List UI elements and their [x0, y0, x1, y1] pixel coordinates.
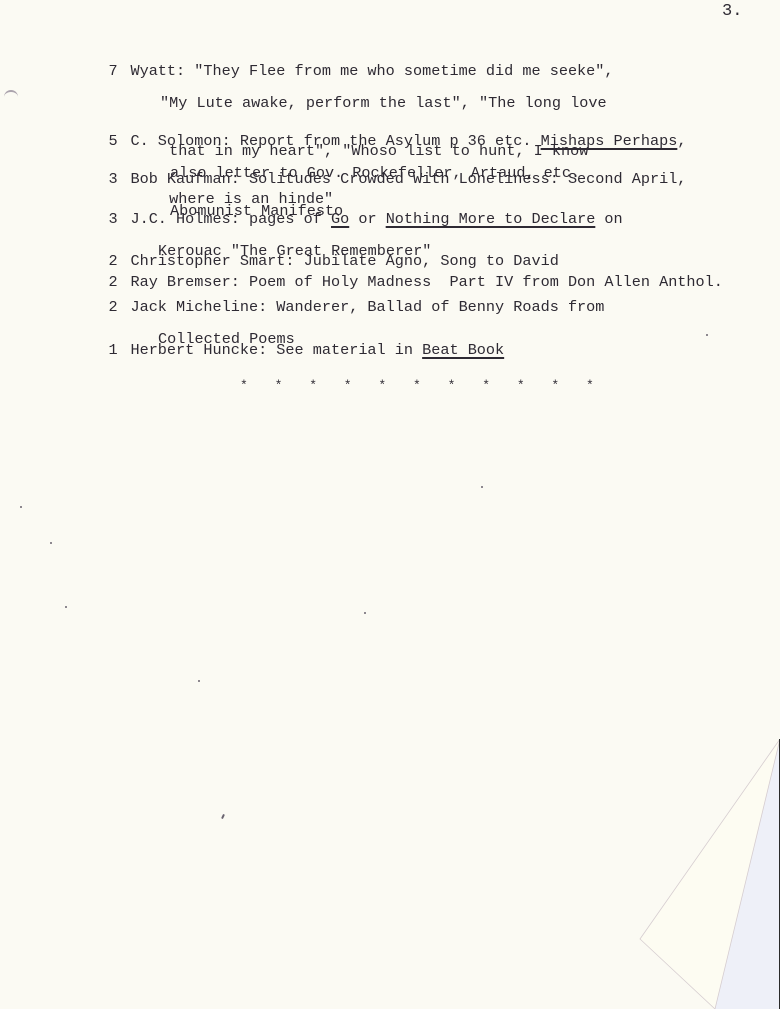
entry-line: Herbert Huncke: See material in: [130, 341, 422, 359]
underlined-title: Go: [331, 210, 349, 228]
underlined-title: Beat Book: [422, 341, 504, 359]
entry-count: 1: [108, 342, 130, 358]
margin-mark: [4, 90, 18, 102]
entry-line: Wyatt: "They Flee from me who sometime d…: [130, 62, 613, 80]
ink-speck: [20, 506, 22, 508]
ink-speck: [706, 334, 708, 336]
entry-count: 3: [108, 211, 130, 227]
ink-speck: [481, 486, 483, 488]
ink-speck: [364, 612, 366, 614]
entry-line: C. Solomon: Report from the Asylum p 36 …: [130, 132, 540, 150]
entry-count: 7: [108, 63, 130, 79]
page-number: 3.: [722, 2, 742, 21]
ink-speck: [50, 542, 52, 544]
entry-line: or: [349, 210, 385, 228]
typewritten-page: 3. 7Wyatt: "They Flee from me who someti…: [0, 0, 780, 1009]
entry-count: 5: [108, 133, 130, 149]
entry-count: 2: [108, 299, 130, 315]
ink-speck: [198, 680, 200, 682]
underlined-title: Nothing More to Declare: [386, 210, 596, 228]
folded-corner: [620, 739, 780, 1009]
entry-line: Bob Kaufman: Solitudes Crowded With Lone…: [130, 170, 686, 188]
underlined-title: Mishaps Perhaps: [541, 132, 678, 150]
ink-speck: [221, 814, 225, 819]
entry-count: 3: [108, 171, 130, 187]
entry-line: ,: [677, 132, 686, 150]
separator-asterisks: * * * * * * * * * * *: [240, 378, 603, 393]
ink-speck: [65, 606, 67, 608]
entry-huncke: 1Herbert Huncke: See material in Beat Bo…: [72, 326, 504, 374]
entry-line: "My Lute awake, perform the last", "The …: [72, 95, 614, 111]
entry-line: on: [595, 210, 622, 228]
entry-line: Jack Micheline: Wanderer, Ballad of Benn…: [130, 298, 604, 316]
entry-line: J.C. Holmes: pages of: [130, 210, 331, 228]
